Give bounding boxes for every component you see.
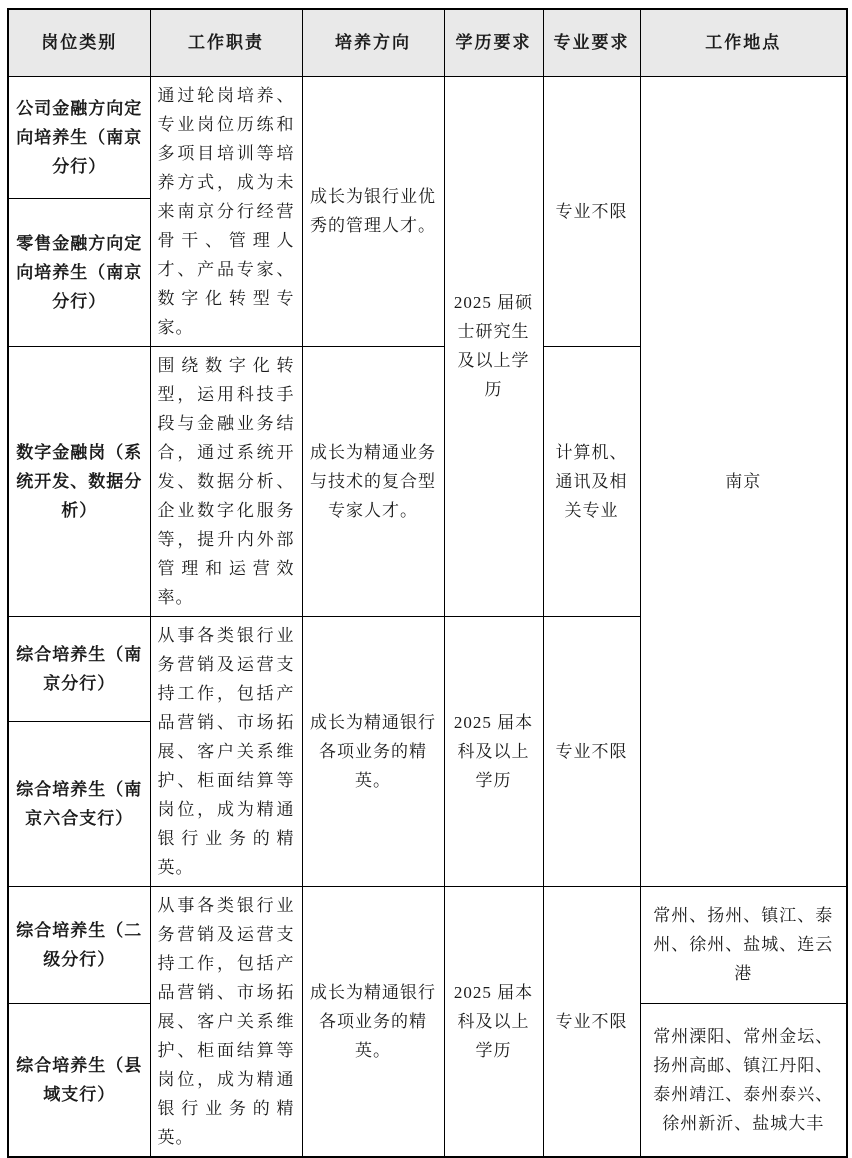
cell-category-general-luhe-subbranch: 综合培养生（南京六合支行） bbox=[8, 722, 150, 886]
cell-direction-banking-elite-2: 成长为精通银行各项业务的精英。 bbox=[302, 886, 444, 1157]
cell-major-unlimited-1: 专业不限 bbox=[543, 76, 640, 346]
cell-major-unlimited-2: 专业不限 bbox=[543, 616, 640, 886]
col-header-work-location: 工作地点 bbox=[640, 9, 847, 76]
cell-category-general-county-subbranch: 综合培养生（县域支行） bbox=[8, 1003, 150, 1156]
col-header-development-direction: 培养方向 bbox=[302, 9, 444, 76]
table-row: 综合培养生（二级分行） 从事各类银行业务营销及运营支持工作，包括产品营销、市场拓… bbox=[8, 886, 847, 1003]
cell-category-digital-finance: 数字金融岗（系统开发、数据分析） bbox=[8, 346, 150, 616]
cell-education-master-2025: 2025 届硕士研究生及以上学历 bbox=[444, 76, 543, 616]
cell-location-county-cities: 常州溧阳、常州金坛、扬州高邮、镇江丹阳、泰州靖江、泰州泰兴、徐州新沂、盐城大丰 bbox=[640, 1003, 847, 1156]
cell-direction-management-talent: 成长为银行业优秀的管理人才。 bbox=[302, 76, 444, 346]
table-row: 公司金融方向定向培养生（南京分行） 通过轮岗培养、专业岗位历练和多项目培训等培养… bbox=[8, 76, 847, 199]
cell-major-computer-telecom: 计算机、通讯及相关专业 bbox=[543, 346, 640, 616]
cell-duties-general-secondary: 从事各类银行业务营销及运营支持工作，包括产品营销、市场拓展、客户关系维护、柜面结… bbox=[150, 886, 302, 1157]
cell-location-nanjing: 南京 bbox=[640, 76, 847, 886]
cell-education-bachelor-2025-1: 2025 届本科及以上学历 bbox=[444, 616, 543, 886]
cell-duties-directed-trainee: 通过轮岗培养、专业岗位历练和多项目培训等培养方式，成为未来南京分行经营骨干、管理… bbox=[150, 76, 302, 346]
page: 岗位类别 工作职责 培养方向 学历要求 专业要求 工作地点 公司金融方向定向培养… bbox=[0, 0, 852, 887]
recruitment-positions-table: 岗位类别 工作职责 培养方向 学历要求 专业要求 工作地点 公司金融方向定向培养… bbox=[7, 8, 848, 1158]
col-header-major-requirement: 专业要求 bbox=[543, 9, 640, 76]
col-header-education-requirement: 学历要求 bbox=[444, 9, 543, 76]
cell-category-retail-finance-trainee: 零售金融方向定向培养生（南京分行） bbox=[8, 199, 150, 346]
col-header-job-duties: 工作职责 bbox=[150, 9, 302, 76]
col-header-position-category: 岗位类别 bbox=[8, 9, 150, 76]
cell-duties-digital-finance: 围绕数字化转型，运用科技手段与金融业务结合，通过系统开发、数据分析、企业数字化服… bbox=[150, 346, 302, 616]
cell-duties-general-nanjing: 从事各类银行业务营销及运营支持工作，包括产品营销、市场拓展、客户关系维护、柜面结… bbox=[150, 616, 302, 886]
cell-location-prefecture-cities: 常州、扬州、镇江、泰州、徐州、盐城、连云港 bbox=[640, 886, 847, 1003]
cell-direction-banking-elite-1: 成长为精通银行各项业务的精英。 bbox=[302, 616, 444, 886]
cell-category-general-secondary-branch: 综合培养生（二级分行） bbox=[8, 886, 150, 1003]
cell-direction-compound-expert: 成长为精通业务与技术的复合型专家人才。 bbox=[302, 346, 444, 616]
cell-education-bachelor-2025-2: 2025 届本科及以上学历 bbox=[444, 886, 543, 1157]
cell-category-corporate-finance-trainee: 公司金融方向定向培养生（南京分行） bbox=[8, 76, 150, 199]
cell-major-unlimited-3: 专业不限 bbox=[543, 886, 640, 1157]
header-row: 岗位类别 工作职责 培养方向 学历要求 专业要求 工作地点 bbox=[8, 9, 847, 76]
cell-category-general-nanjing-branch: 综合培养生（南京分行） bbox=[8, 616, 150, 722]
